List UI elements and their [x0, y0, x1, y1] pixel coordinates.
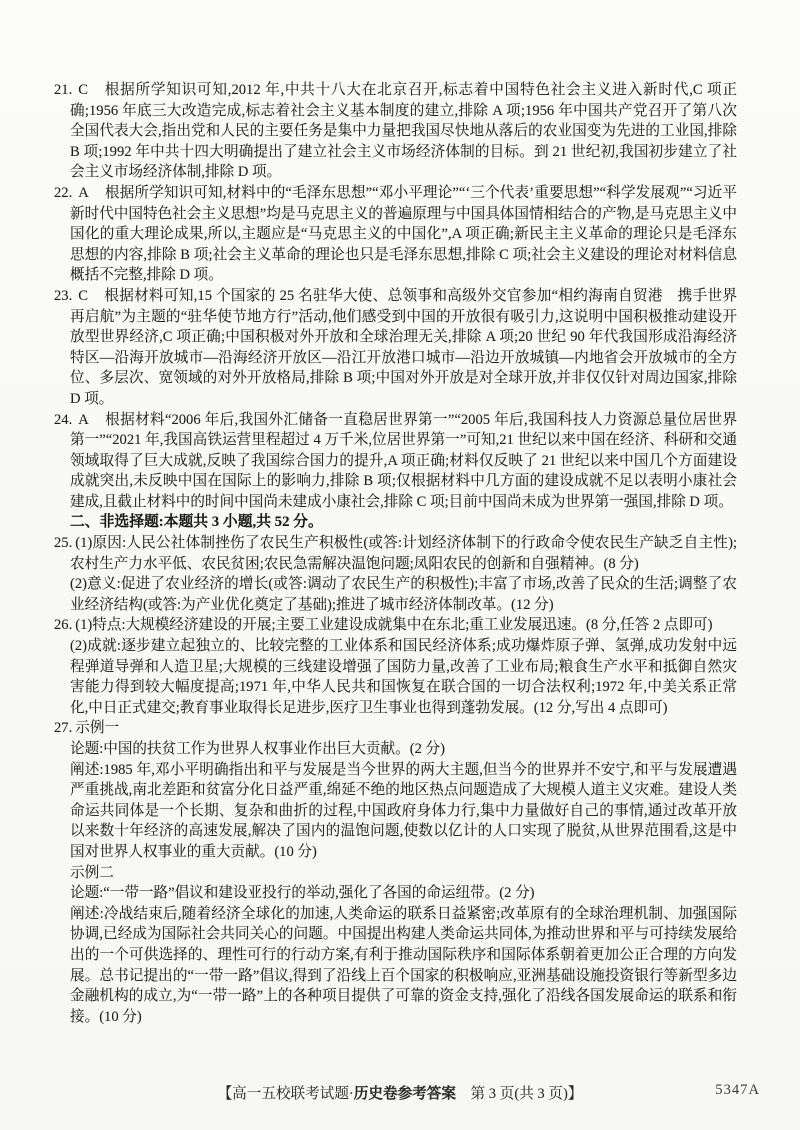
answer-letter: C	[78, 82, 88, 98]
answer-key-content: 21.C根据所学知识可知,2012 年,中共十八大在北京召开,标志着中国特色社会…	[70, 80, 737, 1027]
question-27-example2-elaboration: 阐述:冷战结束后,随着经济全球化的加速,人类命运的联系日益紧密;改革原有的全球治…	[70, 904, 737, 1028]
answer-letter: A	[78, 185, 89, 201]
question-21-answer: 21.C根据所学知识可知,2012 年,中共十八大在北京召开,标志着中国特色社会…	[70, 80, 737, 183]
example-label: 示例一	[75, 720, 119, 736]
question-22-answer: 22.A根据所学知识可知,材料中的“毛泽东思想”“邓小平理论”“‘三个代表’重要…	[70, 183, 737, 286]
answer-explanation: 根据材料可知,15 个国家的 25 名驻华大使、总领事和高级外交官参加“相约海南…	[70, 288, 737, 407]
answer-explanation: 根据材料“2006 年后,我国外汇储备一直稳居世界第一”“2005 年后,我国科…	[70, 412, 737, 510]
question-25-part2: (2)意义:促进了农业经济的增长(或答:调动了农民生产的积极性);丰富了市场,改…	[70, 574, 737, 615]
question-27-example2-label: 示例二	[70, 863, 737, 884]
answer-explanation: 根据所学知识可知,材料中的“毛泽东思想”“邓小平理论”“‘三个代表’重要思想”“…	[70, 185, 737, 283]
question-number: 22.	[54, 185, 72, 201]
question-27-example1-elaboration: 阐述:1985 年,邓小平明确指出和平与发展是当今世界的两大主题,但当今的世界并…	[70, 760, 737, 863]
answer-text: (1)特点:大规模经济建设的开展;主要工业建设成就集中在东北;重工业发展迅速。(…	[75, 617, 712, 633]
question-number: 23.	[54, 288, 72, 304]
footer-title-line: 【高一五校联考试题·历史卷参考答案 第 3 页(共 3 页)】	[0, 1082, 800, 1103]
page-number-info: 第 3 页(共 3 页)】	[456, 1086, 582, 1102]
paper-title: 历史卷参考答案	[354, 1086, 456, 1102]
answer-letter: C	[78, 288, 88, 304]
question-23-answer: 23.C根据材料可知,15 个国家的 25 名驻华大使、总领事和高级外交官参加“…	[70, 286, 737, 410]
answer-explanation: 根据所学知识可知,2012 年,中共十八大在北京召开,标志着中国特色社会主义进入…	[70, 82, 737, 180]
question-number: 26.	[54, 617, 72, 633]
question-27-example1-topic: 论题:中国的扶贫工作为世界人权事业作出巨大贡献。(2 分)	[70, 739, 737, 760]
section-two-heading: 二、非选择题:本题共 3 小题,共 52 分。	[70, 512, 737, 533]
question-number: 27.	[54, 720, 72, 736]
question-number: 21.	[54, 82, 72, 98]
scanned-answer-key-page: 21.C根据所学知识可知,2012 年,中共十八大在北京召开,标志着中国特色社会…	[0, 0, 800, 1130]
answer-text: (1)原因:人民公社体制挫伤了农民生产积极性(或答:计划经济体制下的行政命令使农…	[70, 535, 737, 572]
question-27-example2-topic: 论题:“一带一路”倡议和建设亚投行的举动,强化了各国的命运纽带。(2 分)	[70, 883, 737, 904]
page-footer: 【高一五校联考试题·历史卷参考答案 第 3 页(共 3 页)】 5347A	[0, 1082, 800, 1106]
question-27-example1-label: 27.示例一	[70, 718, 737, 739]
paper-code: 5347A	[715, 1082, 760, 1099]
question-26-part2: (2)成就:逐步建立起独立的、比较完整的工业体系和国民经济体系;成功爆炸原子弹、…	[70, 636, 737, 718]
answer-letter: A	[78, 412, 89, 428]
question-number: 25.	[54, 535, 72, 551]
question-25-part1: 25.(1)原因:人民公社体制挫伤了农民生产积极性(或答:计划经济体制下的行政命…	[70, 533, 737, 574]
question-24-answer: 24.A根据材料“2006 年后,我国外汇储备一直稳居世界第一”“2005 年后…	[70, 410, 737, 513]
question-26-part1: 26.(1)特点:大规模经济建设的开展;主要工业建设成就集中在东北;重工业发展迅…	[70, 615, 737, 636]
exam-title: 【高一五校联考试题·	[218, 1086, 354, 1102]
question-number: 24.	[54, 412, 72, 428]
